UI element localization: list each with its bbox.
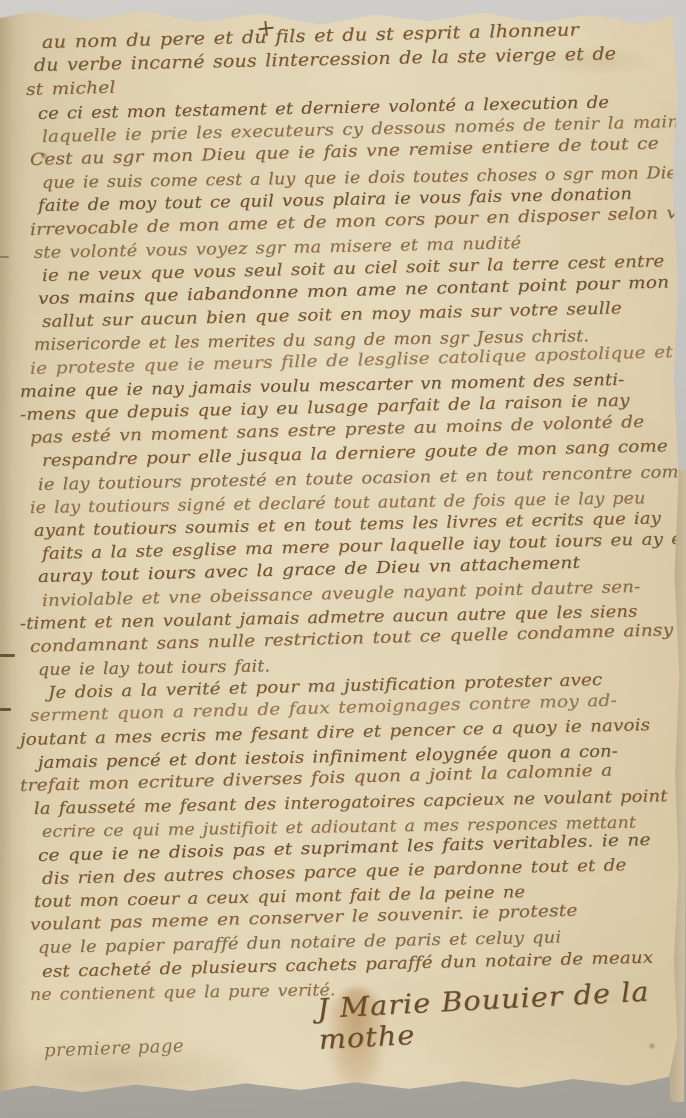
manuscript-text: au nom du pere et du fils et du st espri… — [20, 32, 668, 1006]
binding-mark — [0, 256, 9, 258]
binding-mark — [0, 654, 15, 657]
binding-mark — [0, 708, 11, 711]
manuscript-page: + au nom du pere et du fils et du st esp… — [0, 6, 682, 1102]
page-label: premiere page — [44, 1036, 185, 1062]
scan-background: + au nom du pere et du fils et du st esp… — [0, 0, 686, 1118]
